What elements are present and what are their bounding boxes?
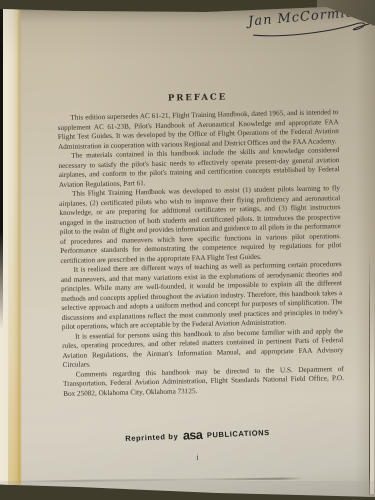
book-photo: Jan McCormick PREFACE This edition super… xyxy=(0,0,375,500)
paragraph-1: This edition supersedes AC 61-21, Flight… xyxy=(57,108,339,152)
page-bottom-curl xyxy=(0,481,375,500)
page-number: i xyxy=(57,453,338,462)
paragraph-6: Comments regarding this handbook may be … xyxy=(63,365,345,399)
preface-text-block: PREFACE This edition supersedes AC 61-21… xyxy=(57,90,344,399)
reprint-prefix: Reprinted by xyxy=(125,432,178,443)
paragraph-4: It is realized there are different ways … xyxy=(61,260,343,332)
reprint-suffix: PUBLICATIONS xyxy=(207,428,270,440)
paragraph-2: The materials contained in this handbook… xyxy=(58,146,340,190)
book-page: Jan McCormick PREFACE This edition super… xyxy=(0,0,375,500)
asa-logo: asa xyxy=(181,428,205,443)
left-edge-dark-sliver xyxy=(0,0,3,330)
paragraph-5: It is essential for persons using this h… xyxy=(62,327,344,371)
reprint-imprint: Reprinted by asa PUBLICATIONS xyxy=(57,422,338,448)
left-edge-yellowing xyxy=(8,0,21,500)
preface-paragraphs: This edition supersedes AC 61-21, Flight… xyxy=(57,108,344,399)
page-title: PREFACE xyxy=(57,90,338,106)
paragraph-3: This Flight Training Handbook was develo… xyxy=(59,184,342,266)
page-right-edge-highlight xyxy=(370,280,374,494)
